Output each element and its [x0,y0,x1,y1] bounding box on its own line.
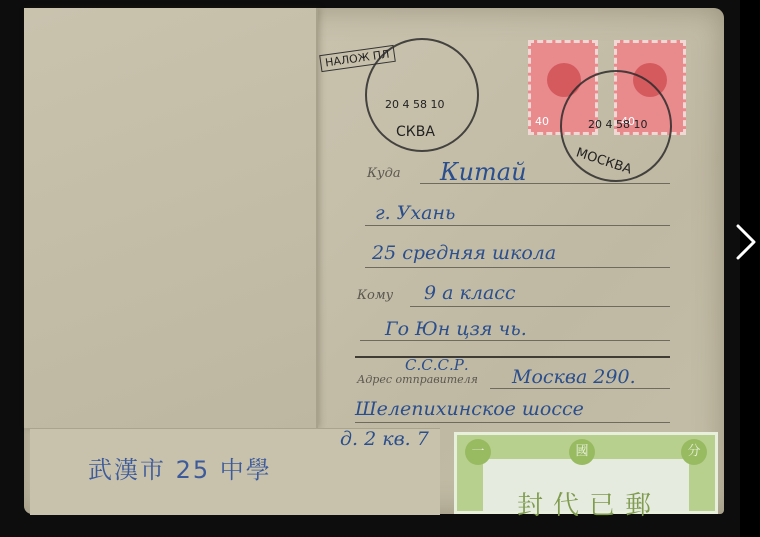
chevron-right-icon [734,222,758,262]
envelope-photo: 40 40 НАЛОЖ ПЛ 20 4 58 10 СКВА 20 4 58 1… [0,0,740,537]
label-to: Куда [367,166,401,181]
stamp-corner-center: 國 [569,439,595,465]
address-line [410,306,670,307]
address-line [355,422,670,423]
address-divider [355,356,670,358]
stamp-value: 40 [535,115,549,128]
stamp-corner-left: 一 [465,439,491,465]
image-viewer: 40 40 НАЛОЖ ПЛ 20 4 58 10 СКВА 20 4 58 1… [0,0,760,537]
postmark-date: 20 4 58 10 [588,118,647,131]
sender-house: д. 2 кв. 7 [340,428,429,450]
recipient-school: 25 средняя школа [372,242,556,264]
address-line [365,225,670,226]
postmark-date: 20 4 58 10 [385,98,444,111]
chinese-postage-label: 一 國 分 封代已郵 [454,432,718,514]
address-line [490,388,670,389]
recipient-country: Китай [440,158,527,186]
recipient-city: г. Ухань [375,202,455,224]
sender-street: Шелепихинское шоссе [355,398,584,420]
stamp-corner-right: 分 [681,439,707,465]
label-sender-address: Адрес отправителя [357,373,478,386]
address-line [365,267,670,268]
address-line [360,340,670,341]
sender-city: Москва 290. [512,366,636,388]
recipient-class: 9 а класс [424,282,516,304]
envelope-flap [24,8,318,428]
postmark-city: СКВА [396,124,435,140]
label-whom: Кому [357,288,393,303]
chinese-address: 武漢市 25 中學 [88,450,272,485]
sender-country: С.С.С.Р. [405,356,469,374]
recipient-name: Го Юн цзя чь. [385,318,527,340]
next-image-button[interactable] [734,222,758,262]
stamp-title: 封代已郵 [517,485,661,522]
